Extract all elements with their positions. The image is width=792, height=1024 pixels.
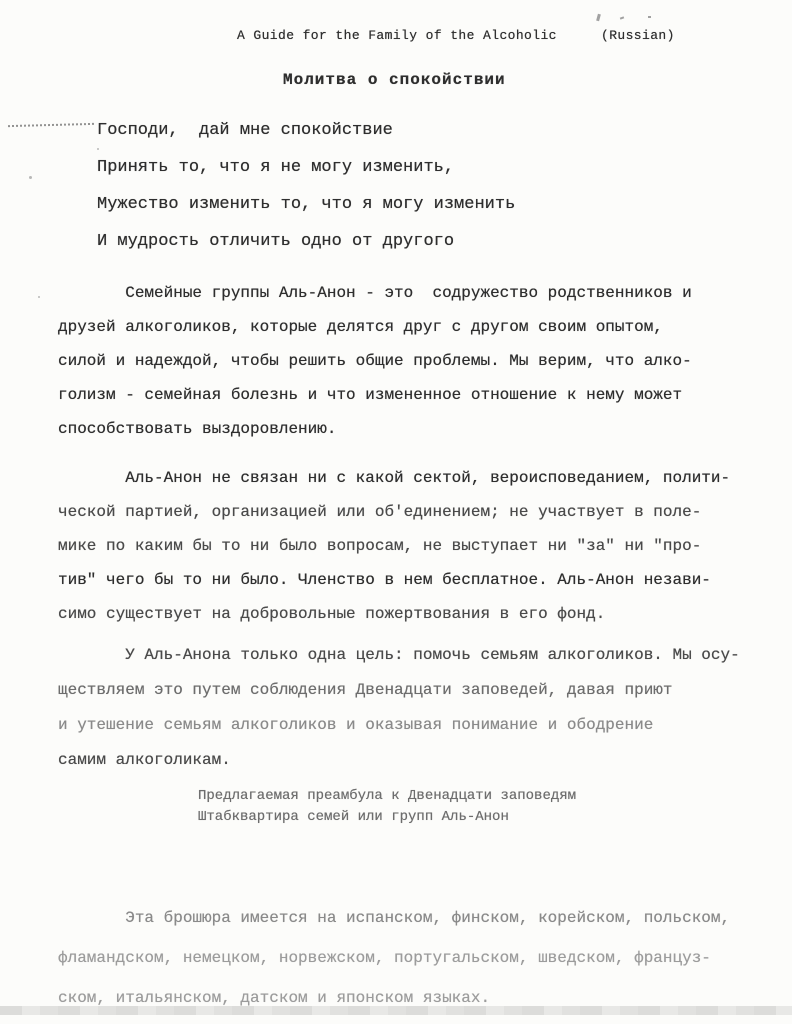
paragraph-line: голизм - семейная болезнь и что измененн… — [58, 378, 692, 412]
paragraph-line: фламандском, немецком, норвежском, порту… — [58, 938, 730, 978]
paragraph-line: ческой партией, организацией или об'един… — [58, 495, 730, 529]
paragraph-line: самим алкоголикам. — [58, 743, 740, 778]
paragraph-alanon-intro: Семейные группы Аль-Анон - это содружест… — [58, 276, 692, 446]
prayer-line: Принять то, что я не могу изменить, — [97, 149, 515, 186]
paragraph-line: ществляем это путем соблюдения Двенадцат… — [58, 673, 740, 708]
prayer-line: Мужество изменить то, что я могу изменит… — [97, 186, 515, 223]
pencil-tick-mark — [648, 16, 651, 18]
paragraph-line: У Аль-Анона только одна цель: помочь сем… — [58, 638, 740, 673]
pencil-dash-mark — [8, 123, 94, 127]
attribution-block: Предлагаемая преамбула к Двенадцати запо… — [198, 786, 576, 828]
scan-speck — [97, 148, 99, 150]
paragraph-line: силой и надеждой, чтобы решить общие про… — [58, 344, 692, 378]
serenity-prayer-block: Господи, дай мне спокойствие Принять то,… — [97, 112, 515, 260]
paragraph-alanon-purpose: У Аль-Анона только одна цель: помочь сем… — [58, 638, 740, 778]
document-header: A Guide for the Family of the Alcoholic … — [0, 28, 792, 48]
document-language-label: (Russian) — [601, 28, 675, 43]
prayer-line: Господи, дай мне спокойствие — [97, 112, 515, 149]
scanned-document-page: A Guide for the Family of the Alcoholic … — [0, 0, 792, 1024]
pencil-tick-mark — [620, 16, 624, 19]
paragraph-line: Аль-Анон не связан ни с какой сектой, ве… — [58, 461, 730, 495]
prayer-line: И мудрость отличить одно от другого — [97, 223, 515, 260]
paragraph-line: способствовать выздоровлению. — [58, 412, 692, 446]
paragraph-line: тив" чего бы то ни было. Членство в нем … — [58, 563, 730, 597]
paragraph-line: Эта брошюра имеется на испанском, финско… — [58, 898, 730, 938]
paragraph-line: симо существует на добровольные пожертво… — [58, 597, 730, 631]
paragraph-line: мике по каким бы то ни было вопросам, не… — [58, 529, 730, 563]
paragraph-line: и утешение семьям алкоголиков и оказывая… — [58, 708, 740, 743]
scan-speck — [38, 296, 40, 298]
languages-paragraph: Эта брошюра имеется на испанском, финско… — [58, 898, 730, 1018]
attribution-line: Штабквартира семей или групп Аль-Анон — [198, 807, 576, 828]
paragraph-line: Семейные группы Аль-Анон - это содружест… — [58, 276, 692, 310]
paragraph-line: друзей алкоголиков, которые делятся друг… — [58, 310, 692, 344]
pencil-tick-mark — [596, 14, 601, 22]
paragraph-alanon-independence: Аль-Анон не связан ни с какой сектой, ве… — [58, 461, 730, 631]
attribution-line: Предлагаемая преамбула к Двенадцати запо… — [198, 786, 576, 807]
scan-speck — [29, 176, 32, 179]
document-title: A Guide for the Family of the Alcoholic — [237, 28, 557, 43]
section-heading: Молитва о спокойствии — [283, 71, 506, 89]
scan-edge-band — [0, 1006, 792, 1015]
